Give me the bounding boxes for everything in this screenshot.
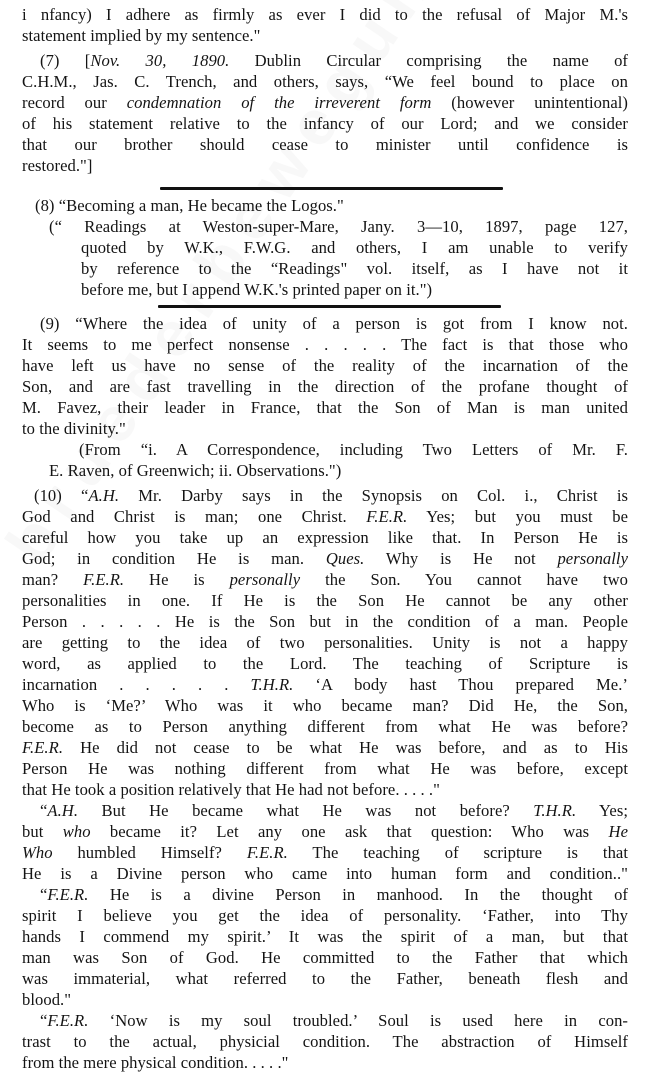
text-line: from the mere physical condition. . . . …	[22, 1052, 628, 1073]
text-line: C.H.M., Jas. C. Trench, and others, says…	[22, 71, 628, 92]
text-line: was immaterial, what referred to the Fat…	[22, 968, 628, 989]
section-divider-rule	[160, 187, 503, 190]
text-line: God; in condition He is man. Ques. Why i…	[22, 548, 628, 569]
text-line: but who became it? Let any one ask that …	[22, 821, 628, 842]
text-line: that our brother should cease to ministe…	[22, 134, 628, 155]
text-line: careful how you take up an expression li…	[22, 527, 628, 548]
text-line: restored."]	[22, 155, 628, 176]
text-line: Who humbled Himself? F.E.R. The teaching…	[22, 842, 628, 863]
text-line: word, as applied to the Lord. The teachi…	[22, 653, 628, 674]
text-line: man? F.E.R. He is personally the Son. Yo…	[22, 569, 628, 590]
text-line: incarnation . . . . . T.H.R. ‘A body has…	[22, 674, 628, 695]
text-line: to the divinity."	[22, 418, 628, 439]
text-line: “F.E.R. He is a divine Person in manhood…	[40, 884, 628, 905]
text-line: of his statement relative to the infancy…	[22, 113, 628, 134]
text-line: F.E.R. He did not cease to be what He wa…	[22, 737, 628, 758]
text-line: before me, but I append W.K.'s printed p…	[81, 279, 628, 300]
text-line: Person He was nothing different from wha…	[22, 758, 628, 779]
text-line: blood."	[22, 989, 628, 1010]
text-line: have left us have no sense of the realit…	[22, 355, 628, 376]
text-line: hands I commend my spirit.’ It was the s…	[22, 926, 628, 947]
text-line: (7) [Nov. 30, 1890. Dublin Circular comp…	[40, 50, 628, 71]
text-line: record our condemnation of the irreveren…	[22, 92, 628, 113]
text-line: Son, and are fast travelling in the dire…	[22, 376, 628, 397]
text-line: trast to the actual, physicial condition…	[22, 1031, 628, 1052]
text-line: Who is ‘Me?’ Who was it who became man? …	[22, 695, 628, 716]
text-line: M. Favez, their leader in France, that t…	[22, 397, 628, 418]
text-line: spirit I believe you get the idea of per…	[22, 905, 628, 926]
text-line: statement implied by my sentence."	[22, 25, 628, 46]
text-line: E. Raven, of Greenwich; ii. Observations…	[49, 460, 628, 481]
text-line: personalities in one. If He is the Son H…	[22, 590, 628, 611]
text-line: (9) “Where the idea of unity of a person…	[40, 313, 628, 334]
text-line: are getting to the idea of two personali…	[22, 632, 628, 653]
section-divider-rule	[158, 305, 501, 308]
text-line: quoted by W.K., F.W.G. and others, I am …	[81, 237, 628, 258]
text-line: i nfancy) I adhere as firmly as ever I d…	[22, 4, 628, 25]
text-line: Person . . . . . He is the Son but in th…	[22, 611, 628, 632]
text-line: man was Son of God. He committed to the …	[22, 947, 628, 968]
text-line: God and Christ is man; one Christ. F.E.R…	[22, 506, 628, 527]
text-line: (10) “A.H. Mr. Darby says in the Synopsi…	[34, 485, 628, 506]
text-line: “F.E.R. ‘Now is my soul troubled.’ Soul …	[40, 1010, 628, 1031]
text-line: It seems to me perfect nonsense . . . . …	[22, 334, 628, 355]
text-line: that He took a position relatively that …	[22, 779, 628, 800]
text-line: “A.H. But He became what He was not befo…	[40, 800, 628, 821]
text-line: become as to Person anything different f…	[22, 716, 628, 737]
text-line: (From “i. A Correspondence, including Tw…	[79, 439, 628, 460]
text-line: by reference to the “Readings" vol. itse…	[81, 258, 628, 279]
text-line: He is a Divine person who came into huma…	[22, 863, 628, 884]
text-line: (8) “Becoming a man, He became the Logos…	[35, 195, 628, 216]
text-line: (“ Readings at Weston-super-Mare, Jany. …	[49, 216, 628, 237]
